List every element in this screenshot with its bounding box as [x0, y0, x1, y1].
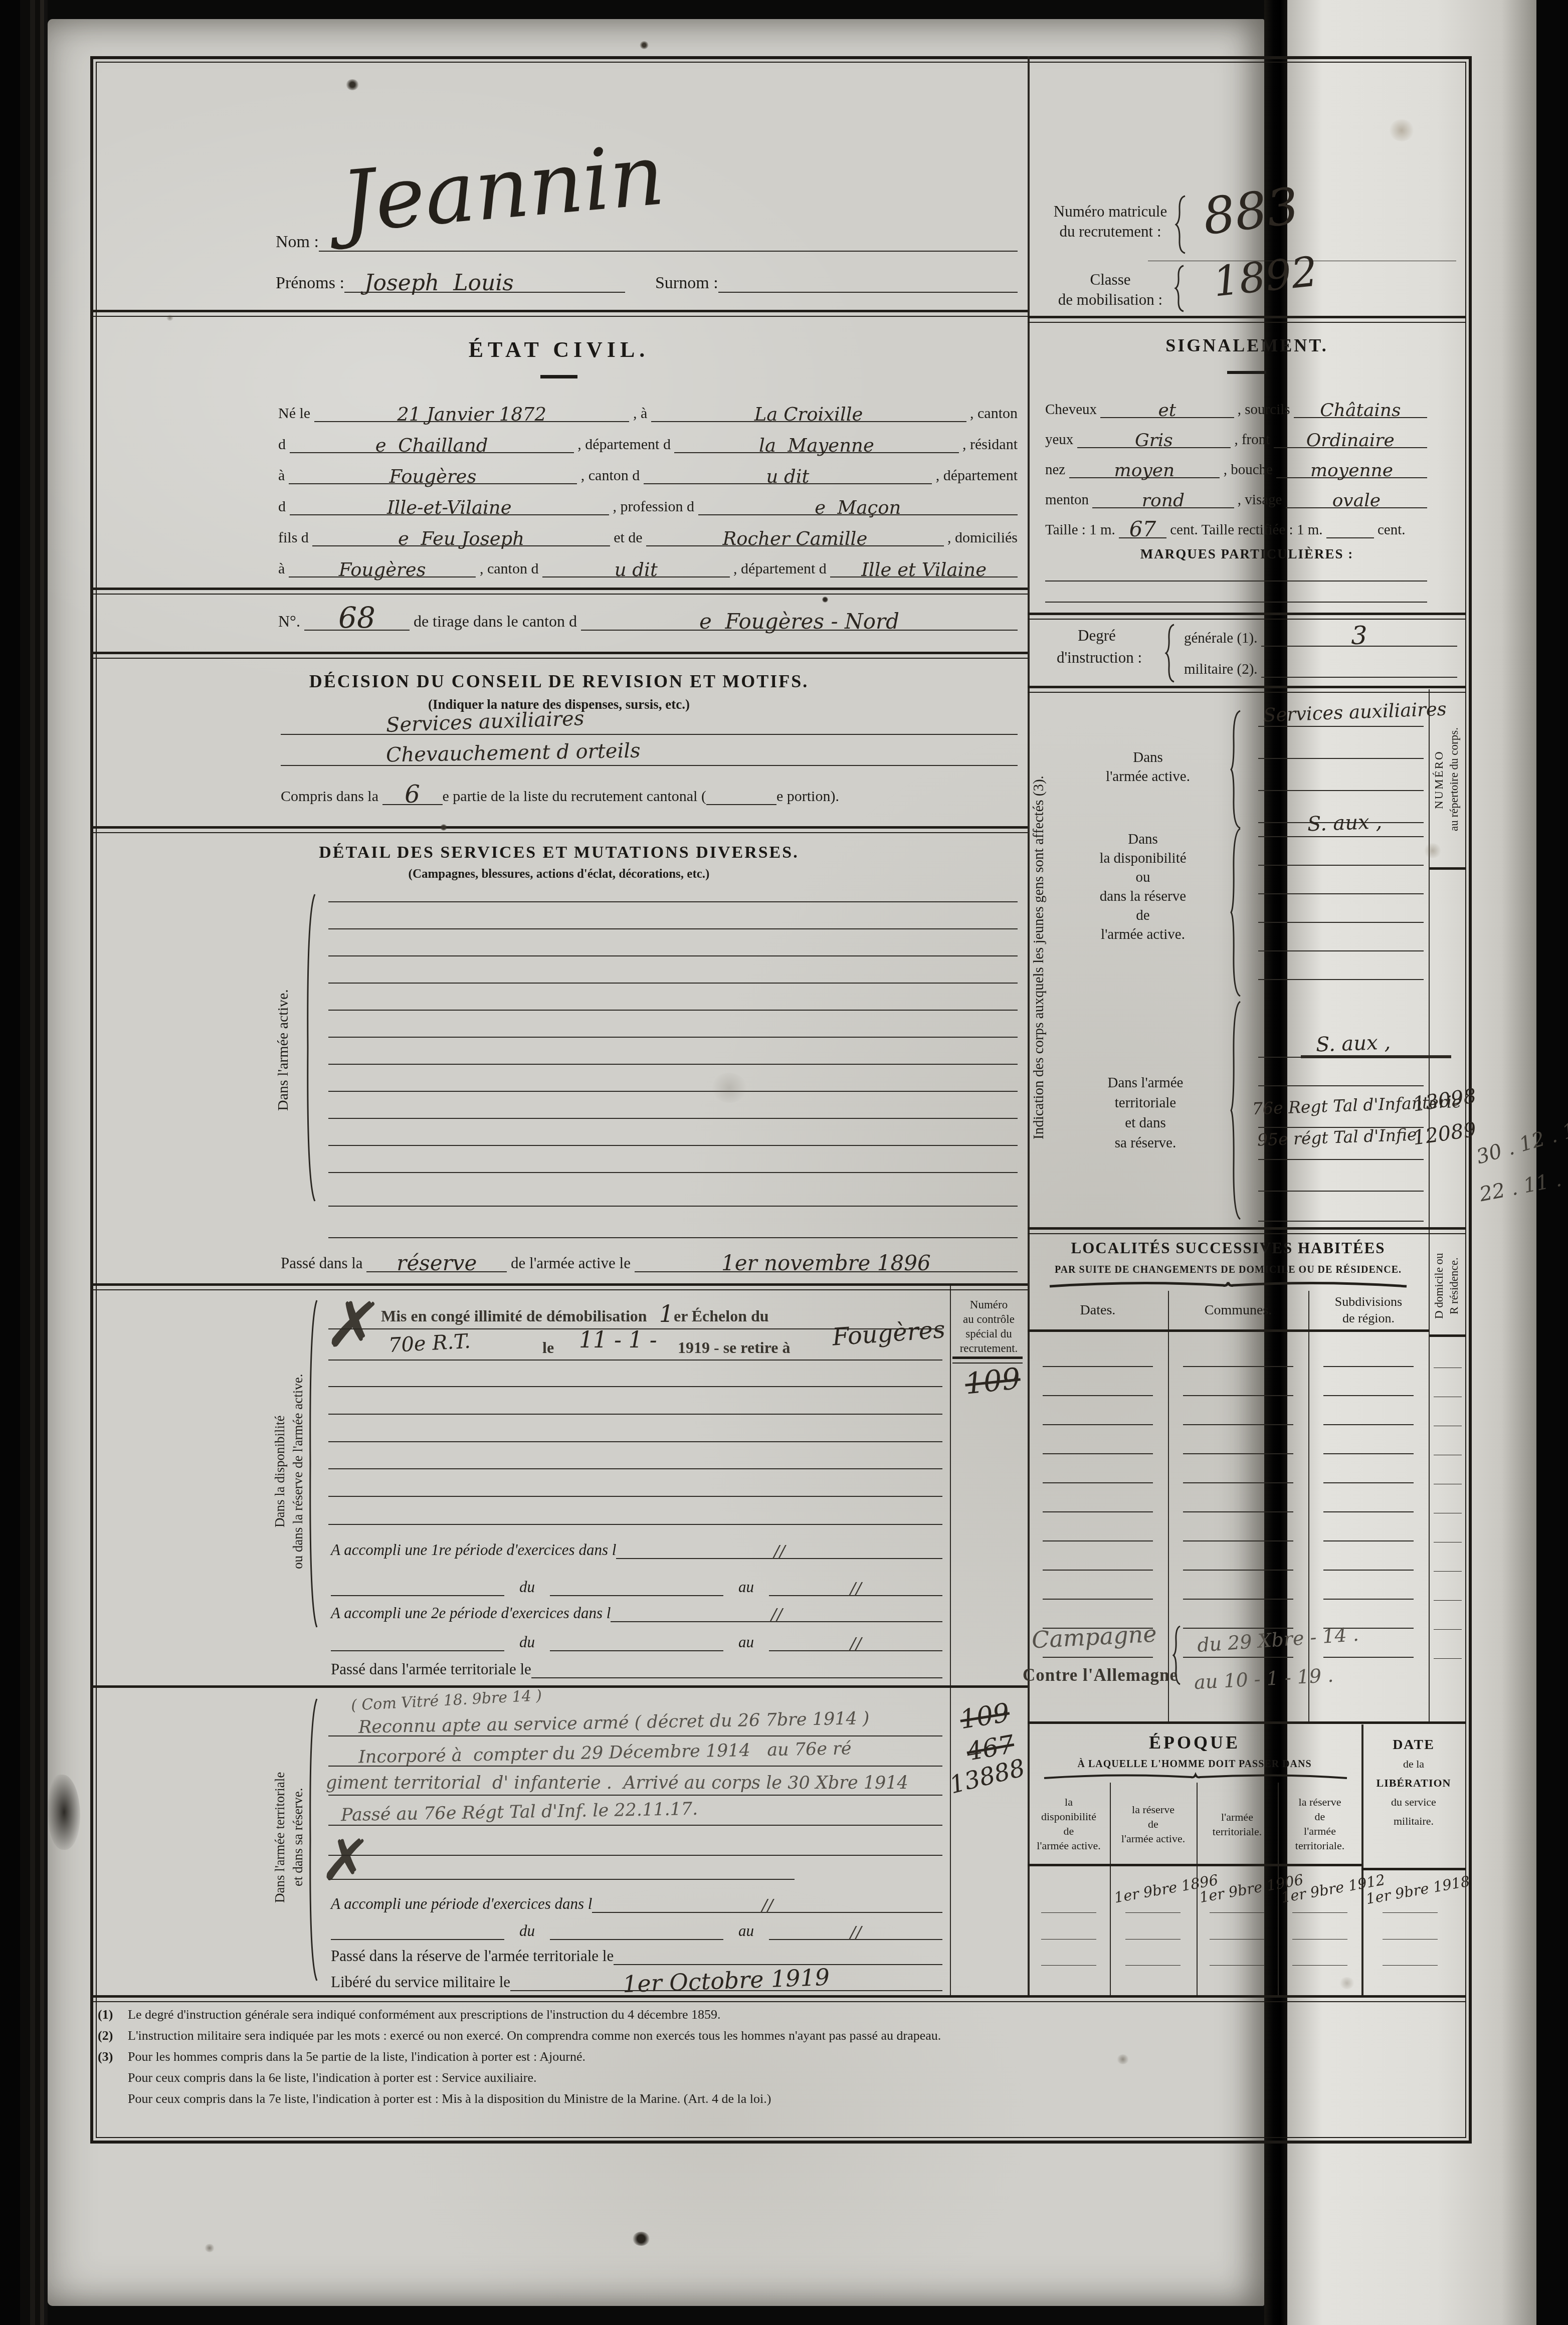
blank-line [1041, 1965, 1096, 1966]
stain [1424, 843, 1442, 858]
blank-line [1258, 865, 1424, 866]
stain [1339, 1977, 1354, 1989]
fill: 1er novembre 1896 [635, 1250, 1018, 1272]
label: du [504, 1633, 550, 1651]
blank-line [1183, 1599, 1293, 1600]
label: Compris dans la [281, 788, 382, 806]
localites-col-divider [1308, 1291, 1309, 1722]
blank-line [1183, 1511, 1293, 1512]
blank-line [1258, 1159, 1424, 1160]
label: Taille : 1 m. [1045, 522, 1119, 538]
fill: 68 [304, 601, 410, 631]
fill: 6 [382, 780, 443, 805]
etat-civil-row: Né le 21 Janvier 1872 , à La Croixille ,… [278, 399, 1018, 422]
fill: et [1100, 399, 1234, 418]
side-label-indication-corps: Indication des corps auxquels les jeunes… [1031, 699, 1047, 1216]
rule [1028, 613, 1466, 620]
footnote: (3) Pour les hommes compris dans la 5e p… [98, 2049, 1451, 2064]
blank-line [328, 1441, 942, 1442]
blank-line [1258, 893, 1424, 894]
military-register-scan: 30 . 12 . 14 22 . 11 . 17 Nom : Jeannin … [0, 0, 1568, 2325]
label: du [504, 1578, 550, 1596]
rule [328, 1360, 942, 1361]
label: cent. [1374, 522, 1406, 538]
surnom-line [718, 292, 1018, 293]
blank-line [1041, 1939, 1096, 1940]
stamp-text: er Échelon du [674, 1307, 769, 1325]
nom-label: Nom : [276, 232, 319, 252]
blank-line [1434, 1455, 1462, 1455]
blank-line [1183, 1657, 1293, 1658]
epoque-col1-header: ladisponibilitédel'armée active. [1029, 1795, 1108, 1853]
blank-line [1183, 1482, 1293, 1483]
brace-icon [1229, 709, 1242, 830]
rule [1028, 1227, 1466, 1234]
blank-line [1258, 922, 1424, 923]
blank-line [328, 1496, 942, 1497]
signalement-title: SIGNALEMENT. [1028, 335, 1466, 356]
libere-row: Libéré du service militaire le 1er Octob… [331, 1963, 942, 1991]
contre-allemagne-stamp: Contre l'Allemagne [1023, 1665, 1178, 1685]
blank-line [1183, 1453, 1293, 1454]
blank-line [1043, 1540, 1153, 1541]
rule [90, 652, 1028, 659]
corps-entry: S. aux , [1315, 1032, 1391, 1055]
label: fils d [278, 529, 312, 547]
brace-icon [1173, 195, 1188, 255]
blank-line [1258, 726, 1424, 727]
rule [90, 1995, 1466, 2002]
etat-civil-row: d Ille-et-Vilaine , profession d e Maçon [278, 492, 1018, 515]
label: à [278, 467, 289, 485]
blank-line [1323, 1482, 1414, 1483]
stain [712, 1073, 747, 1103]
fill [550, 1939, 723, 1940]
classe-label: Classede mobilisation : [1045, 270, 1175, 310]
blank-line [1045, 580, 1427, 582]
blank-line [1043, 1482, 1153, 1483]
localites-col-subdivisions: Subdivisionsde région. [1308, 1293, 1429, 1326]
label: cent. Taille rectifiée : 1 m. [1166, 522, 1326, 538]
blank-line [328, 1037, 1018, 1038]
degre-militaire-row: militaire (2). [1184, 655, 1457, 678]
epoque-col-divider [1110, 1783, 1111, 1995]
label: à [278, 560, 289, 578]
stain [440, 824, 447, 831]
label: de tirage dans le canton d [410, 612, 581, 631]
blank-line [1434, 1513, 1462, 1513]
blank-line [328, 901, 1018, 902]
fill [1326, 537, 1374, 538]
du-au-row: du au // [331, 1918, 942, 1940]
signalement-row: menton rond , visage ovale [1045, 485, 1427, 508]
fill: e Fougères - Nord [581, 609, 1018, 631]
blank-line [1323, 1511, 1414, 1512]
fill: moyen [1069, 459, 1220, 478]
blank-line [1125, 1965, 1181, 1966]
label: , visage [1234, 492, 1286, 508]
blank-line [1183, 1366, 1293, 1367]
blank-line [1434, 1368, 1462, 1368]
localites-title: LOCALITÉS SUCCESSIVES HABITÉES [1028, 1239, 1429, 1257]
rule [1028, 1329, 1429, 1332]
degre-label: d'instruction : [1057, 649, 1142, 667]
stain [640, 41, 649, 49]
rule [328, 1766, 942, 1767]
demob-date: 11 - 1 - [579, 1329, 657, 1351]
fill: 1er Octobre 1919 [510, 1967, 942, 1991]
label: , canton d [476, 560, 542, 578]
fill: 21 Janvier 1872 [314, 403, 630, 422]
fill: // [611, 1604, 942, 1622]
label: et de [610, 529, 646, 547]
taille-row: Taille : 1 m. 67 cent. Taille rectifiée … [1045, 514, 1427, 538]
blank-line [328, 955, 1018, 956]
label: d [278, 436, 290, 454]
rule [281, 734, 1018, 735]
blank-line [1434, 1600, 1462, 1601]
rule [1028, 1864, 1361, 1866]
fill [706, 804, 776, 805]
stamp-text: 1919 - se retire à [678, 1338, 791, 1357]
blank-line [1043, 1424, 1153, 1425]
label: e portion). [776, 788, 839, 806]
surnom-label: Surnom : [625, 273, 718, 293]
rule [90, 1283, 1028, 1290]
blank-line [1434, 1397, 1462, 1397]
blank-line [1210, 1939, 1265, 1940]
label: A accompli une 2e période d'exercices da… [331, 1604, 611, 1622]
fill: moyenne [1276, 459, 1427, 478]
fill [550, 1595, 723, 1596]
fill: // [769, 1578, 942, 1596]
rule [1028, 1721, 1466, 1724]
localites-subtitle: PAR SUITE DE CHANGEMENTS DE DOMICILE OU … [1028, 1264, 1429, 1276]
fill: e Feu Joseph [312, 527, 610, 546]
blank-line [328, 983, 1018, 984]
territoriale-note: giment territorial d' infanterie . Arriv… [326, 1775, 908, 1792]
blank-line [1292, 1965, 1347, 1966]
label: , canton d [577, 467, 643, 485]
fill: u dit [542, 558, 730, 577]
label: du [504, 1922, 550, 1940]
stamp-text: le [542, 1338, 554, 1357]
services-subtitle: (Campagnes, blessures, actions d'éclat, … [90, 867, 1028, 881]
stain [822, 597, 828, 603]
nom-line [319, 251, 1018, 252]
blank-line [1043, 1395, 1153, 1396]
side-label-armee-active: Dans l'armée active. [275, 890, 292, 1211]
x-annotation-mark: ✗ [322, 1290, 384, 1362]
section-brace-icon [307, 1697, 319, 1983]
epoque-col4-header: la réservedel'arméeterritoriale. [1280, 1795, 1360, 1853]
fill: ovale [1286, 489, 1427, 508]
blank-line [328, 928, 1018, 929]
fill: e Maçon [698, 496, 1018, 515]
blank-line [328, 1118, 1018, 1119]
localites-col-divider [1168, 1291, 1169, 1722]
decision-entry: Chevauchement d orteils [386, 741, 641, 765]
localites-side-label: D domicile ouR résidence. [1432, 1236, 1462, 1336]
blank-line [1125, 1939, 1181, 1940]
blank-line [1323, 1540, 1414, 1541]
epoque-col2-header: la réservedel'armée active. [1112, 1802, 1195, 1846]
blank-line [1434, 1658, 1462, 1659]
title-dash [1227, 371, 1266, 374]
blank-line [1043, 1657, 1153, 1658]
label: nez [1045, 462, 1069, 478]
rule [1361, 1868, 1466, 1870]
rule [281, 765, 1018, 766]
rule [1028, 316, 1466, 323]
footnote-marker: (1) [98, 2007, 128, 2022]
blank-line [1383, 1965, 1438, 1966]
group-label-disponibilite: Dansla disponibilitéou dans la réservede… [1068, 830, 1218, 944]
marques-label: MARQUES PARTICULIÈRES : [1028, 546, 1466, 562]
label: militaire (2). [1184, 661, 1261, 678]
label: A accompli une 1re période d'exercices d… [331, 1541, 616, 1559]
fill: 67 [1119, 516, 1166, 538]
etat-civil-row: à Fougères , canton d u dit , départemen… [278, 461, 1018, 484]
label: , domiciliés [944, 529, 1018, 547]
fill: Ille-et-Vilaine [290, 496, 610, 515]
flourish-rule [1043, 1772, 1348, 1780]
decision-title: DÉCISION DU CONSEIL DE REVISION ET MOTIF… [90, 671, 1028, 692]
blank-line [1210, 1912, 1265, 1913]
prenoms-label: Prénoms : [276, 273, 344, 293]
blank-line [1043, 1453, 1153, 1454]
epoque-title: ÉPOQUE [1028, 1732, 1361, 1753]
prenoms-value: Joseph Louis [344, 272, 514, 294]
brace-icon [1173, 265, 1186, 312]
prenoms-row: Prénoms : Joseph Louis Surnom : [276, 268, 1018, 293]
blank-line [328, 1091, 1018, 1092]
blank-line [328, 1855, 942, 1856]
fill [331, 1939, 504, 1940]
blank-line [1383, 1912, 1438, 1913]
blank-line [1323, 1657, 1414, 1658]
footnote-marker: (3) [98, 2049, 128, 2064]
fill: Fougères [289, 465, 577, 484]
label: Passé dans la [281, 1254, 366, 1272]
fill: Rocher Camille [646, 527, 943, 546]
footnote-marker: (2) [98, 2028, 128, 2043]
footnote-text: Le degré d'instruction générale sera ind… [128, 2007, 721, 2022]
fill: Gris [1077, 429, 1231, 448]
x-annotation-mark: ✗ [319, 1829, 372, 1892]
signalement-row: yeux Gris , front Ordinaire [1045, 425, 1427, 448]
blank-line [1041, 1912, 1096, 1913]
fill: e Chailland [290, 434, 574, 453]
rule [328, 1825, 942, 1826]
demob-unit: 70e R.T. [388, 1331, 471, 1356]
blank-line [1434, 1571, 1462, 1572]
stain [346, 79, 359, 90]
label: A accompli une période d'exercices dans … [331, 1895, 592, 1913]
blank-line [1292, 1939, 1347, 1940]
fill: // [769, 1922, 942, 1940]
blank-line [1292, 1912, 1347, 1913]
rule [90, 826, 1028, 833]
blank-line [1434, 1426, 1462, 1426]
label: , profession d [609, 498, 698, 516]
label: , à [629, 405, 651, 423]
blank-line [328, 1879, 795, 1880]
book-right-edge [1536, 0, 1568, 2325]
blank-line [1258, 1221, 1424, 1222]
blank-line [1258, 1085, 1424, 1086]
campagne-note: Campagne [1031, 1622, 1157, 1652]
flourish-rule [1048, 1279, 1409, 1288]
footnote: (2) L'instruction militaire sera indiqué… [98, 2028, 1451, 2043]
stain [1117, 2054, 1129, 2064]
epoque-date-header: DATE de la LIBÉRATION du service militai… [1363, 1735, 1464, 1831]
services-title: DÉTAIL DES SERVICES ET MUTATIONS DIVERSE… [90, 843, 1028, 862]
blank-line [1125, 1912, 1181, 1913]
label: Passé dans l'armée territoriale le [331, 1660, 531, 1678]
label: N°. [278, 612, 304, 631]
group-label-territoriale: Dans l'arméeterritorialeet danssa réserv… [1073, 1073, 1218, 1153]
brace-icon [1229, 1000, 1242, 1221]
blank-line [328, 1206, 1018, 1207]
blank-line [1045, 602, 1427, 603]
label: , canton [966, 405, 1018, 423]
title-dash [540, 375, 577, 378]
brace-icon [1229, 827, 1242, 998]
du-au-row: du au // [331, 1629, 942, 1651]
blank-line [1323, 1395, 1414, 1396]
controle-number: 109 [958, 1700, 1012, 1733]
blank-line [1258, 836, 1424, 837]
label: de l'armée active le [507, 1254, 634, 1272]
fill: la Mayenne [674, 434, 958, 453]
blank-line [1434, 1484, 1462, 1484]
label: yeux [1045, 432, 1077, 448]
blank-line [1323, 1570, 1414, 1571]
blank-line [1183, 1424, 1293, 1425]
fill [1261, 677, 1457, 678]
footnote-text: Pour ceux compris dans la 6e liste, l'in… [128, 2070, 1431, 2085]
matricule-value: 883 [1201, 181, 1302, 243]
etat-civil-row: d e Chailland , département d la Mayenne… [278, 430, 1018, 453]
fill: réserve [366, 1250, 507, 1272]
fill: Fougères [289, 558, 476, 577]
blank-line [328, 1010, 1018, 1011]
blank-line [1258, 950, 1424, 951]
localites-col-dates: Dates. [1028, 1302, 1168, 1318]
rule [90, 310, 1028, 317]
fill: Ordinaire [1274, 429, 1428, 448]
fill [331, 1595, 504, 1596]
stain [205, 2244, 215, 2252]
fill [531, 1677, 942, 1678]
passe-reserve-row: Passé dans la réserve de l'armée active … [281, 1246, 1018, 1272]
label: Cheveux [1045, 402, 1100, 418]
label: , département [932, 467, 1018, 485]
passe-reserve-terr-row: Passé dans la réserve de l'armée territo… [331, 1942, 942, 1965]
blank-line [1183, 1540, 1293, 1541]
fill [331, 1650, 504, 1651]
blank-line [1258, 758, 1424, 759]
passe-territoriale-row: Passé dans l'armée territoriale le [331, 1654, 942, 1678]
blank-line [1183, 1395, 1293, 1396]
prenoms-line: Joseph Louis [344, 270, 625, 293]
stain [1389, 119, 1415, 141]
blank-line [1258, 979, 1424, 980]
rule [1430, 867, 1466, 870]
blank-line [1434, 1542, 1462, 1542]
rule [1028, 686, 1466, 693]
fill: Ille et Vilaine [830, 558, 1018, 577]
blank-line [1258, 1057, 1424, 1058]
label: , bouche [1220, 462, 1276, 478]
fill: rond [1092, 489, 1234, 508]
fill: // [592, 1895, 942, 1913]
du-au-row: du au // [331, 1574, 942, 1596]
blank-line [328, 1524, 942, 1525]
fill: // [769, 1633, 942, 1651]
blank-line [1183, 1570, 1293, 1571]
section-brace-icon [304, 892, 317, 1203]
rule [328, 1795, 942, 1796]
blank-line [328, 1237, 1018, 1238]
degre-generale-row: générale (1). 3 [1184, 622, 1457, 647]
blank-line [1323, 1599, 1414, 1600]
blank-line [328, 1414, 942, 1415]
fill: // [616, 1541, 942, 1559]
etat-civil-row: fils d e Feu Joseph et de Rocher Camille… [278, 523, 1018, 546]
stain [166, 315, 173, 321]
label: , résidant [959, 436, 1018, 454]
book-left-edge [0, 0, 48, 2325]
label: , front [1231, 432, 1273, 448]
side-label-territoriale: Dans l'armée territorialeet dans sa rése… [271, 1704, 307, 1970]
corps-entry: 95e régt Tal d'Infie [1257, 1126, 1417, 1148]
label: au [723, 1578, 769, 1596]
label: d [278, 498, 290, 516]
blank-line [1323, 1424, 1414, 1425]
matricule-label: Numéro matriculedu recrutement : [1045, 202, 1175, 242]
section-brace-icon [307, 1298, 319, 1629]
rule [90, 588, 1028, 595]
blank-line [328, 1468, 942, 1469]
stain [633, 2232, 650, 2246]
label: menton [1045, 492, 1092, 508]
corps-entry: S. aux , [1307, 812, 1382, 834]
etat-civil-title: ÉTAT CIVIL. [90, 337, 1028, 362]
blank-line [1434, 1629, 1462, 1630]
label: générale (1). [1184, 630, 1261, 647]
brace-icon [1164, 624, 1176, 683]
demob-place: Fougères [832, 1317, 946, 1349]
label: e partie de la liste du recrutement cant… [443, 788, 706, 806]
blank-line [1043, 1511, 1153, 1512]
etat-civil-row: à Fougères , canton d u dit , départemen… [278, 554, 1018, 577]
periode2-row: A accompli une 2e période d'exercices da… [331, 1598, 942, 1622]
blank-line [1258, 790, 1424, 791]
tirage-row: N°. 68 de tirage dans le canton d e Foug… [278, 602, 1018, 631]
blank-line [1323, 1453, 1414, 1454]
controle-number: 109 [963, 1364, 1022, 1398]
classe-value: 1892 [1211, 251, 1319, 303]
degre-label: Degré [1078, 627, 1116, 645]
signalement-row: nez moyen , bouche moyenne [1045, 455, 1427, 478]
blank-line [1210, 1965, 1265, 1966]
fill: 1 [659, 1302, 674, 1325]
fill: u dit [644, 465, 932, 484]
signalement-row: Cheveux et , sourcils Châtains [1045, 395, 1427, 418]
label: au [723, 1922, 769, 1940]
